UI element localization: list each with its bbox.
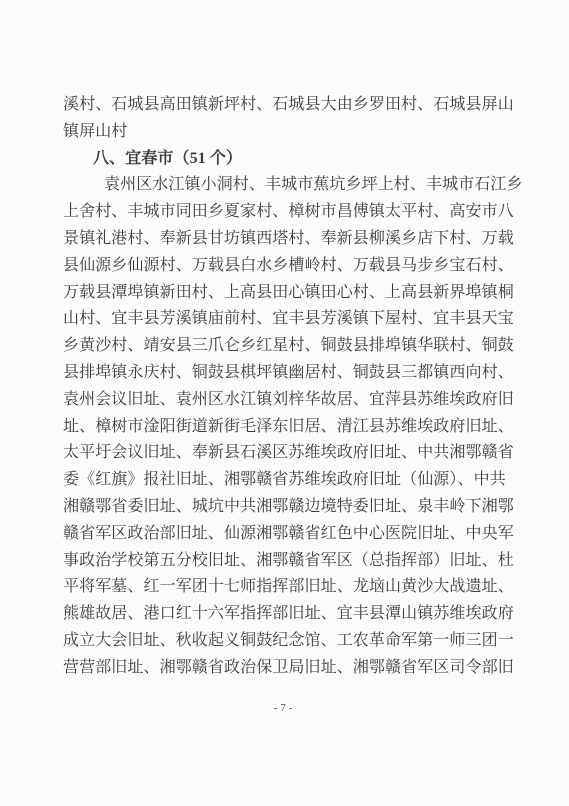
text-line: 乡黄沙村、靖安县三爪仑乡红星村、铜鼓县排埠镇华联村、铜鼓: [63, 333, 510, 360]
text-line: 委《红旗》报社旧址、湘鄂赣省苏维埃政府旧址（仙源）、中共: [63, 467, 510, 494]
text-line: 成立大会旧址、秋收起义铜鼓纪念馆、工农革命军第一师三团一: [63, 628, 510, 655]
text-line: 袁州会议旧址、袁州区水江镇刘梓华故居、宜萍县苏维埃政府旧: [63, 387, 510, 414]
document-body: 溪村、石城县高田镇新坪村、石城县大由乡罗田村、石城县屏山 镇屏山村 八、宜春市（…: [63, 92, 510, 682]
page-number: -7-: [0, 702, 569, 714]
text-line: 袁州区水江镇小洞村、丰城市蕉坑乡坪上村、丰城市石江乡: [63, 172, 510, 199]
document-page: 溪村、石城县高田镇新坪村、石城县大由乡罗田村、石城县屏山 镇屏山村 八、宜春市（…: [0, 0, 569, 806]
text-line: 上舍村、丰城市同田乡夏家村、樟树市昌傅镇太平村、高安市八: [63, 199, 510, 226]
text-line: 熊雄故居、港口红十六军指挥部旧址、宜丰县潭山镇苏维埃政府: [63, 601, 510, 628]
text-line: 万载县潭埠镇新田村、上高县田心镇田心村、上高县新界埠镇桐: [63, 280, 510, 307]
text-line: 县排埠镇永庆村、铜鼓县棋坪镇幽居村、铜鼓县三都镇西向村、: [63, 360, 510, 387]
text-line: 县仙源乡仙源村、万载县白水乡槽岭村、万载县马步乡宝石村、: [63, 253, 510, 280]
text-line: 山村、宜丰县芳溪镇庙前村、宜丰县芳溪镇下屋村、宜丰县天宝: [63, 306, 510, 333]
text-line: 溪村、石城县高田镇新坪村、石城县大由乡罗田村、石城县屏山: [63, 92, 510, 119]
text-line: 赣省军区政治部旧址、仙源湘鄂赣省红色中心医院旧址、中央军: [63, 521, 510, 548]
text-line: 平将军墓、红一军团十七师指挥部旧址、龙垴山黄沙大战遗址、: [63, 574, 510, 601]
text-line: 镇屏山村: [63, 119, 510, 146]
text-line: 湘赣鄂省委旧址、城坑中共湘鄂赣边境特委旧址、泉丰岭下湘鄂: [63, 494, 510, 521]
text-line: 事政治学校第五分校旧址、湘鄂赣省军区（总指挥部）旧址、杜: [63, 548, 510, 575]
text-line: 景镇礼港村、奉新县甘坊镇西塔村、奉新县柳溪乡店下村、万载: [63, 226, 510, 253]
section-heading: 八、宜春市（51 个）: [63, 146, 510, 173]
text-line: 营营部旧址、湘鄂赣省政治保卫局旧址、湘鄂赣省军区司令部旧: [63, 655, 510, 682]
text-line: 太平圩会议旧址、奉新县石溪区苏维埃政府旧址、中共湘鄂赣省: [63, 440, 510, 467]
text-line: 址、樟树市淦阳街道新街毛泽东旧居、清江县苏维埃政府旧址、: [63, 414, 510, 441]
